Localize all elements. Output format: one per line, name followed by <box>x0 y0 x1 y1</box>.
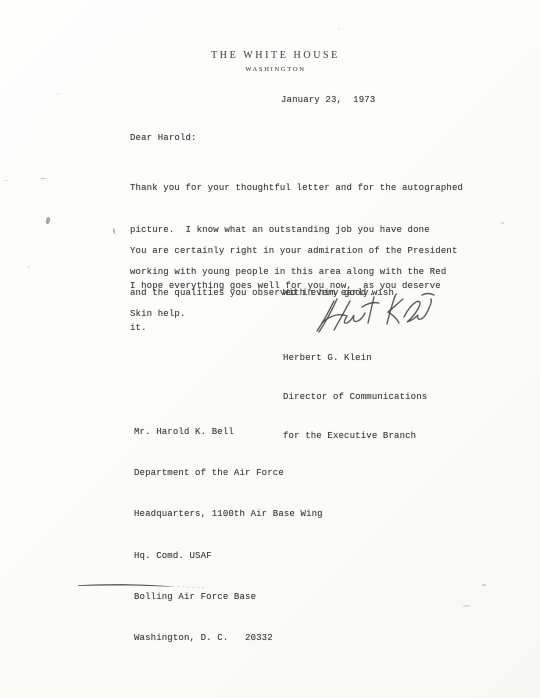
salutation: Dear Harold: <box>130 131 197 145</box>
recipient-name: Mr. Harold K. Bell <box>134 426 323 439</box>
scan-speck <box>482 584 486 586</box>
recipient-line-2: Department of the Air Force <box>134 467 323 480</box>
recipient-line-5: Bolling Air Force Base <box>134 591 323 604</box>
scan-speck <box>338 28 340 30</box>
scan-speck <box>501 222 504 224</box>
letter-sheet: THE WHITE HOUSE WASHINGTON January 23, 1… <box>0 0 540 698</box>
signer-name: Herbert G. Klein <box>283 353 427 364</box>
scan-speck <box>40 178 47 179</box>
scan-speck <box>28 266 30 268</box>
scan-speck <box>4 180 9 181</box>
recipient-line-4: Hq. Comd. USAF <box>134 550 323 563</box>
recipient-line-3: Headquarters, 1100th Air Base Wing <box>134 508 323 521</box>
scan-speck <box>112 228 115 234</box>
scan-speck <box>57 93 59 95</box>
paragraph-1-line-1: Thank you for your thoughtful letter and… <box>130 181 463 195</box>
recipient-line-6: Washington, D. C. 20332 <box>134 632 323 645</box>
scan-speck <box>45 217 50 225</box>
scan-speck <box>463 605 470 607</box>
pen-mark <box>74 580 214 592</box>
letterhead-city: WASHINGTON <box>0 66 540 73</box>
letterhead-title: THE WHITE HOUSE <box>0 50 540 61</box>
recipient-address-block: Mr. Harold K. Bell Department of the Air… <box>134 398 323 673</box>
date-line: January 23, 1973 <box>281 93 375 107</box>
